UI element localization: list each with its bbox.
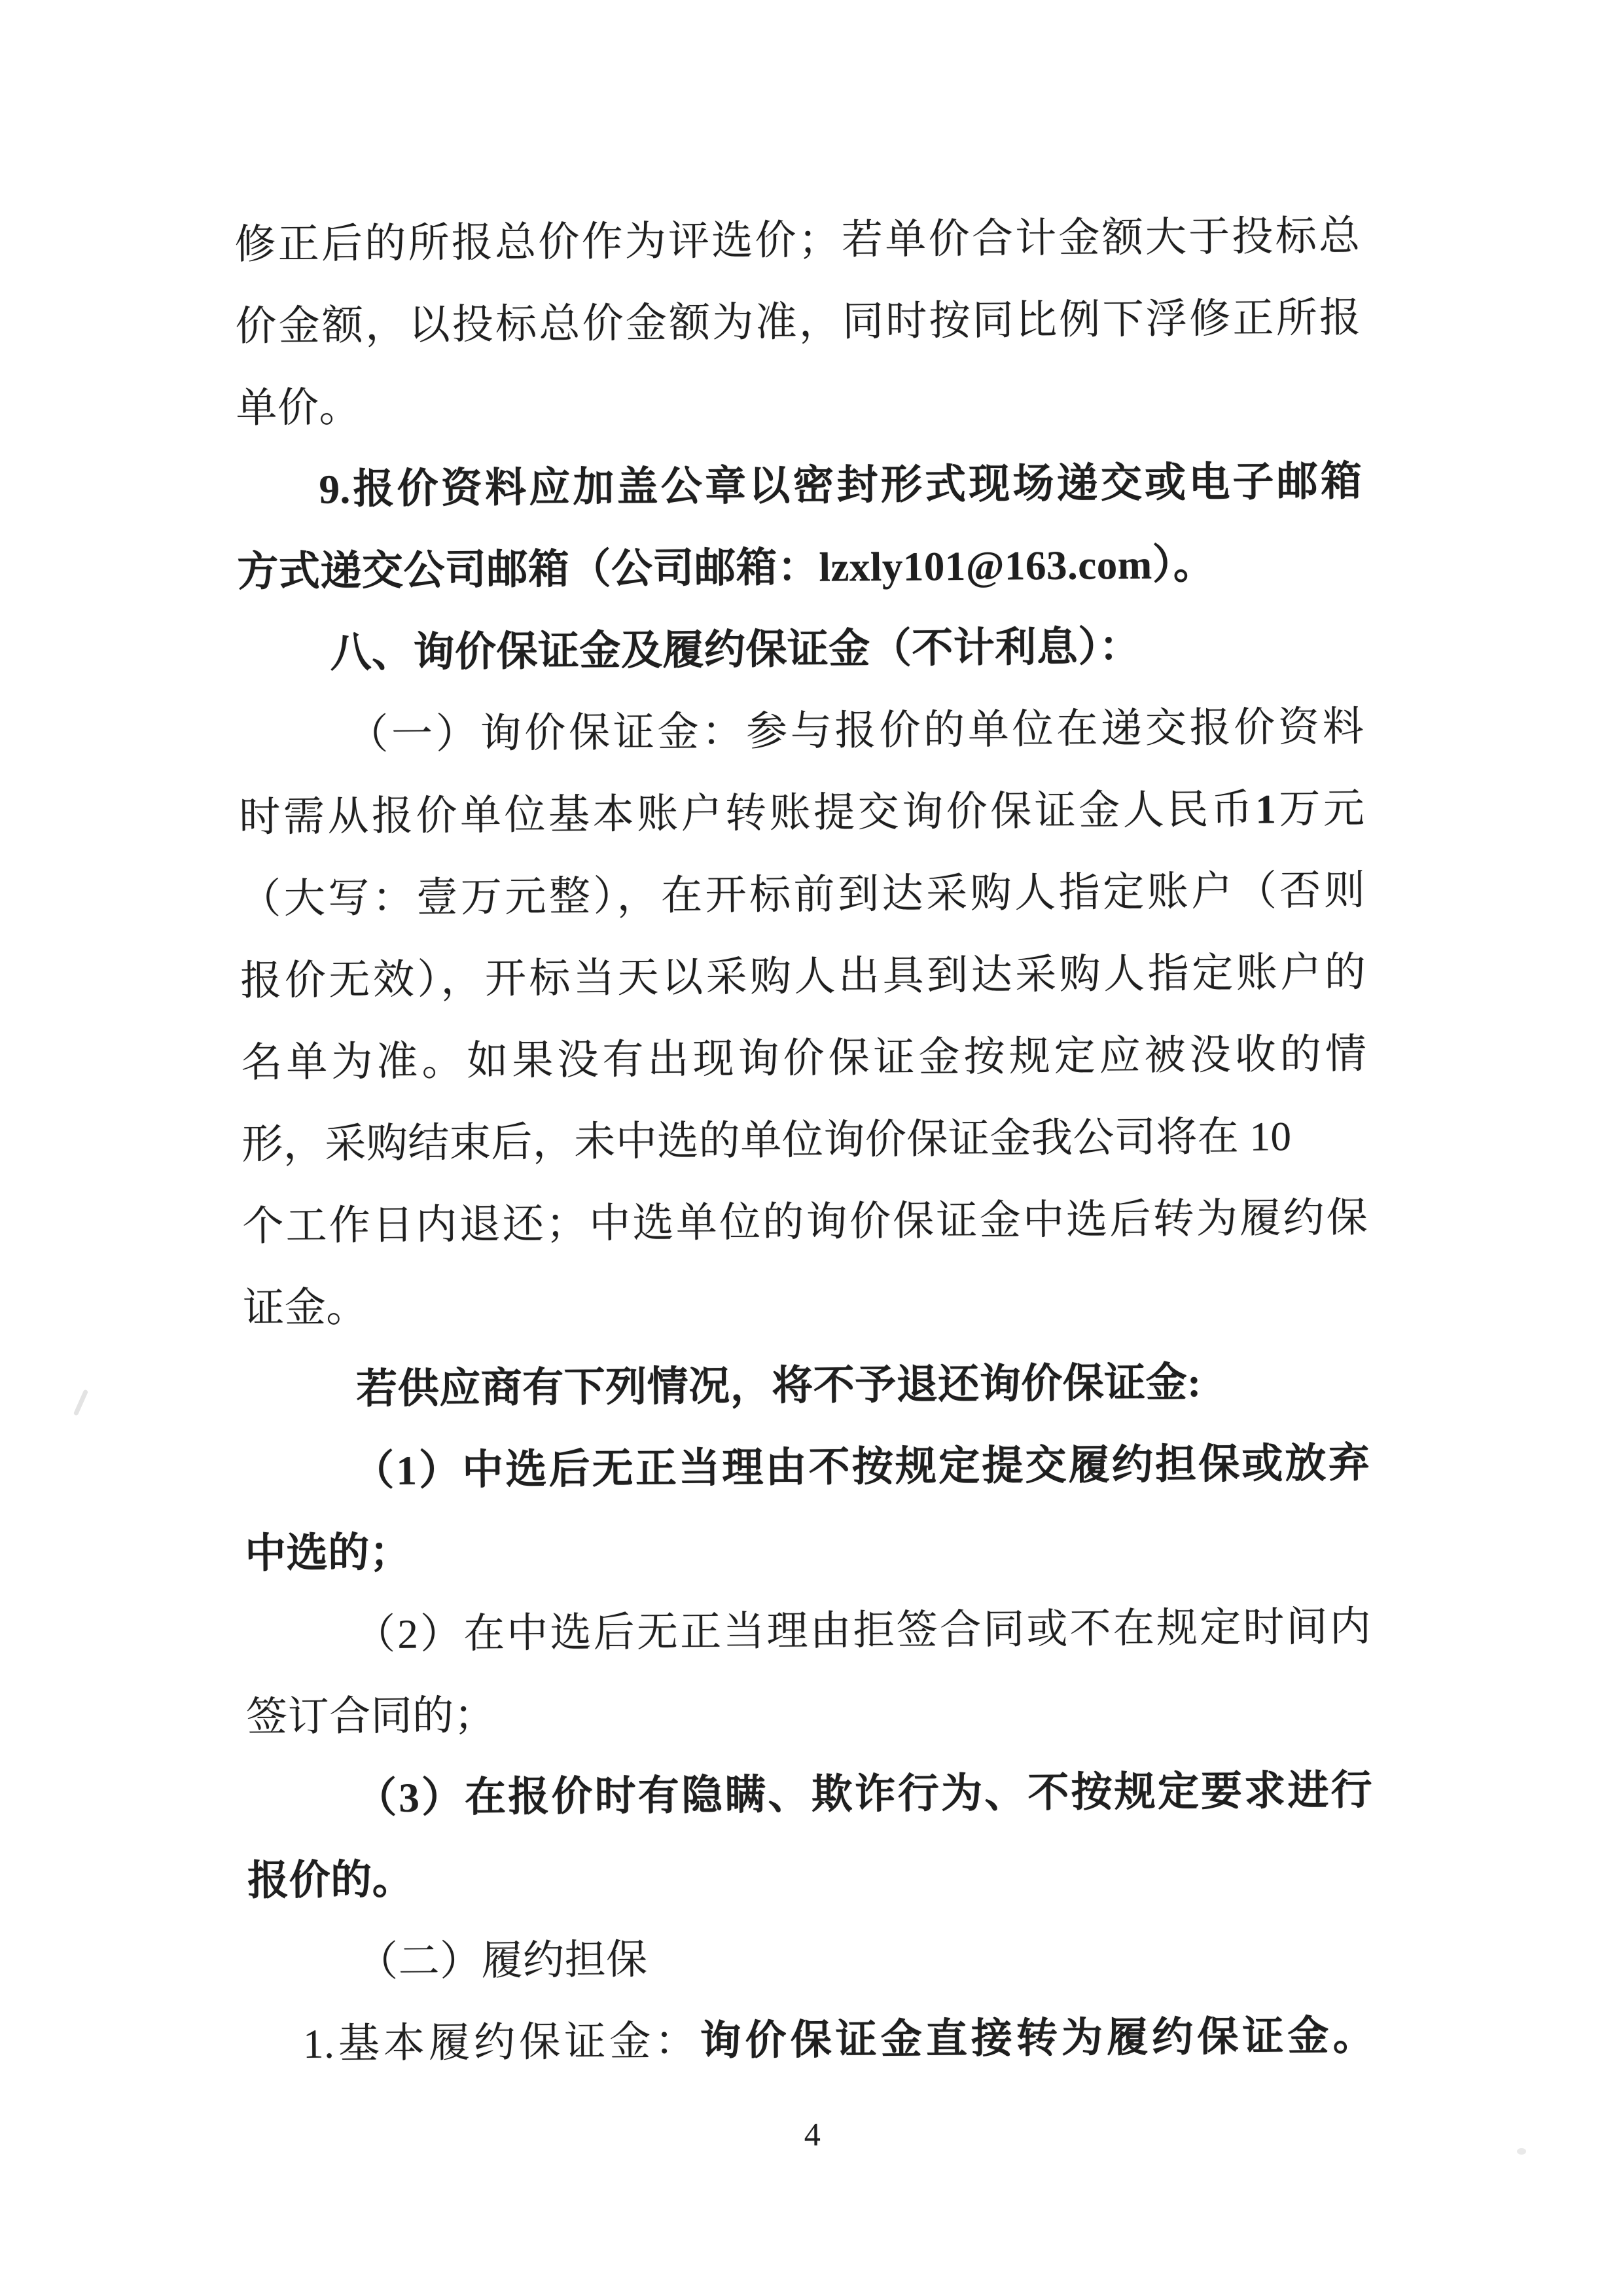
text-segment: 时需从报价单位基本账户转账提交询价保证金人民币	[239, 787, 1255, 840]
text-segment-bold: 1	[1255, 786, 1277, 832]
text-line: 时需从报价单位基本账户转账提交询价保证金人民币1万元	[239, 768, 1365, 859]
text-line: 八、询价保证金及履约保证金（不计利息）：	[238, 604, 1364, 695]
text-line: 中选的；	[245, 1504, 1371, 1595]
text-line: （2）在中选后无正当理由拒签合同或不在规定时间内	[245, 1586, 1372, 1677]
text-line: 形，采购结束后，未中选的单位询价保证金我公司将在 10	[241, 1095, 1368, 1186]
text-block: 修正后的所报总价作为评选价；若单价合计金额大于投标总 价金额，以投标总价金额为准…	[234, 195, 1375, 2162]
text-segment: 1.基本履约保证金：	[303, 2018, 700, 2067]
text-line: 报价的。	[247, 1831, 1374, 1922]
scan-artifact	[73, 1389, 88, 1416]
text-line: 若供应商有下列情况，将不予退还询价保证金:	[243, 1340, 1370, 1431]
scanned-page: 修正后的所报总价作为评选价；若单价合计金额大于投标总 价金额，以投标总价金额为准…	[0, 0, 1623, 2296]
text-line: 签订合同的；	[246, 1668, 1372, 1759]
text-line: 价金额，以投标总价金额为准，同时按同比例下浮修正所报	[235, 277, 1361, 368]
page-number: 4	[249, 2106, 1376, 2162]
text-line: 名单为准。如果没有出现询价保证金按规定应被没收的情	[241, 1013, 1367, 1104]
text-line: （3）在报价时有隐瞒、欺诈行为、不按规定要求进行	[247, 1749, 1373, 1840]
text-line: 方式递交公司邮箱（公司邮箱：lzxly101@163.com）。	[237, 522, 1363, 613]
text-line: （大写：壹万元整），在开标前到达采购人指定账户（否则	[240, 850, 1366, 941]
text-segment: 万元	[1276, 785, 1365, 832]
text-line: （二）履约担保	[248, 1913, 1374, 2004]
scan-artifact	[1517, 2148, 1526, 2155]
text-line: 证金。	[243, 1259, 1369, 1350]
text-segment-bold: 询价保证金直接转为履约保证金。	[700, 2013, 1374, 2064]
text-line: 报价无效），开标当天以采购人出具到达采购人指定账户的	[240, 931, 1366, 1022]
text-line: （一）询价保证金：参与报价的单位在递交报价资料	[238, 686, 1364, 777]
text-line: 1.基本履约保证金：询价保证金直接转为履约保证金。	[249, 1995, 1375, 2086]
text-line: 9.报价资料应加盖公章以密封形式现场递交或电子邮箱	[236, 440, 1363, 531]
text-line: 个工作日内退还；中选单位的询价保证金中选后转为履约保	[242, 1177, 1368, 1268]
text-line: 单价。	[236, 359, 1362, 450]
text-line: （1）中选后无正当理由不按规定提交履约担保或放弃	[244, 1422, 1370, 1513]
text-line: 修正后的所报总价作为评选价；若单价合计金额大于投标总	[234, 195, 1361, 286]
